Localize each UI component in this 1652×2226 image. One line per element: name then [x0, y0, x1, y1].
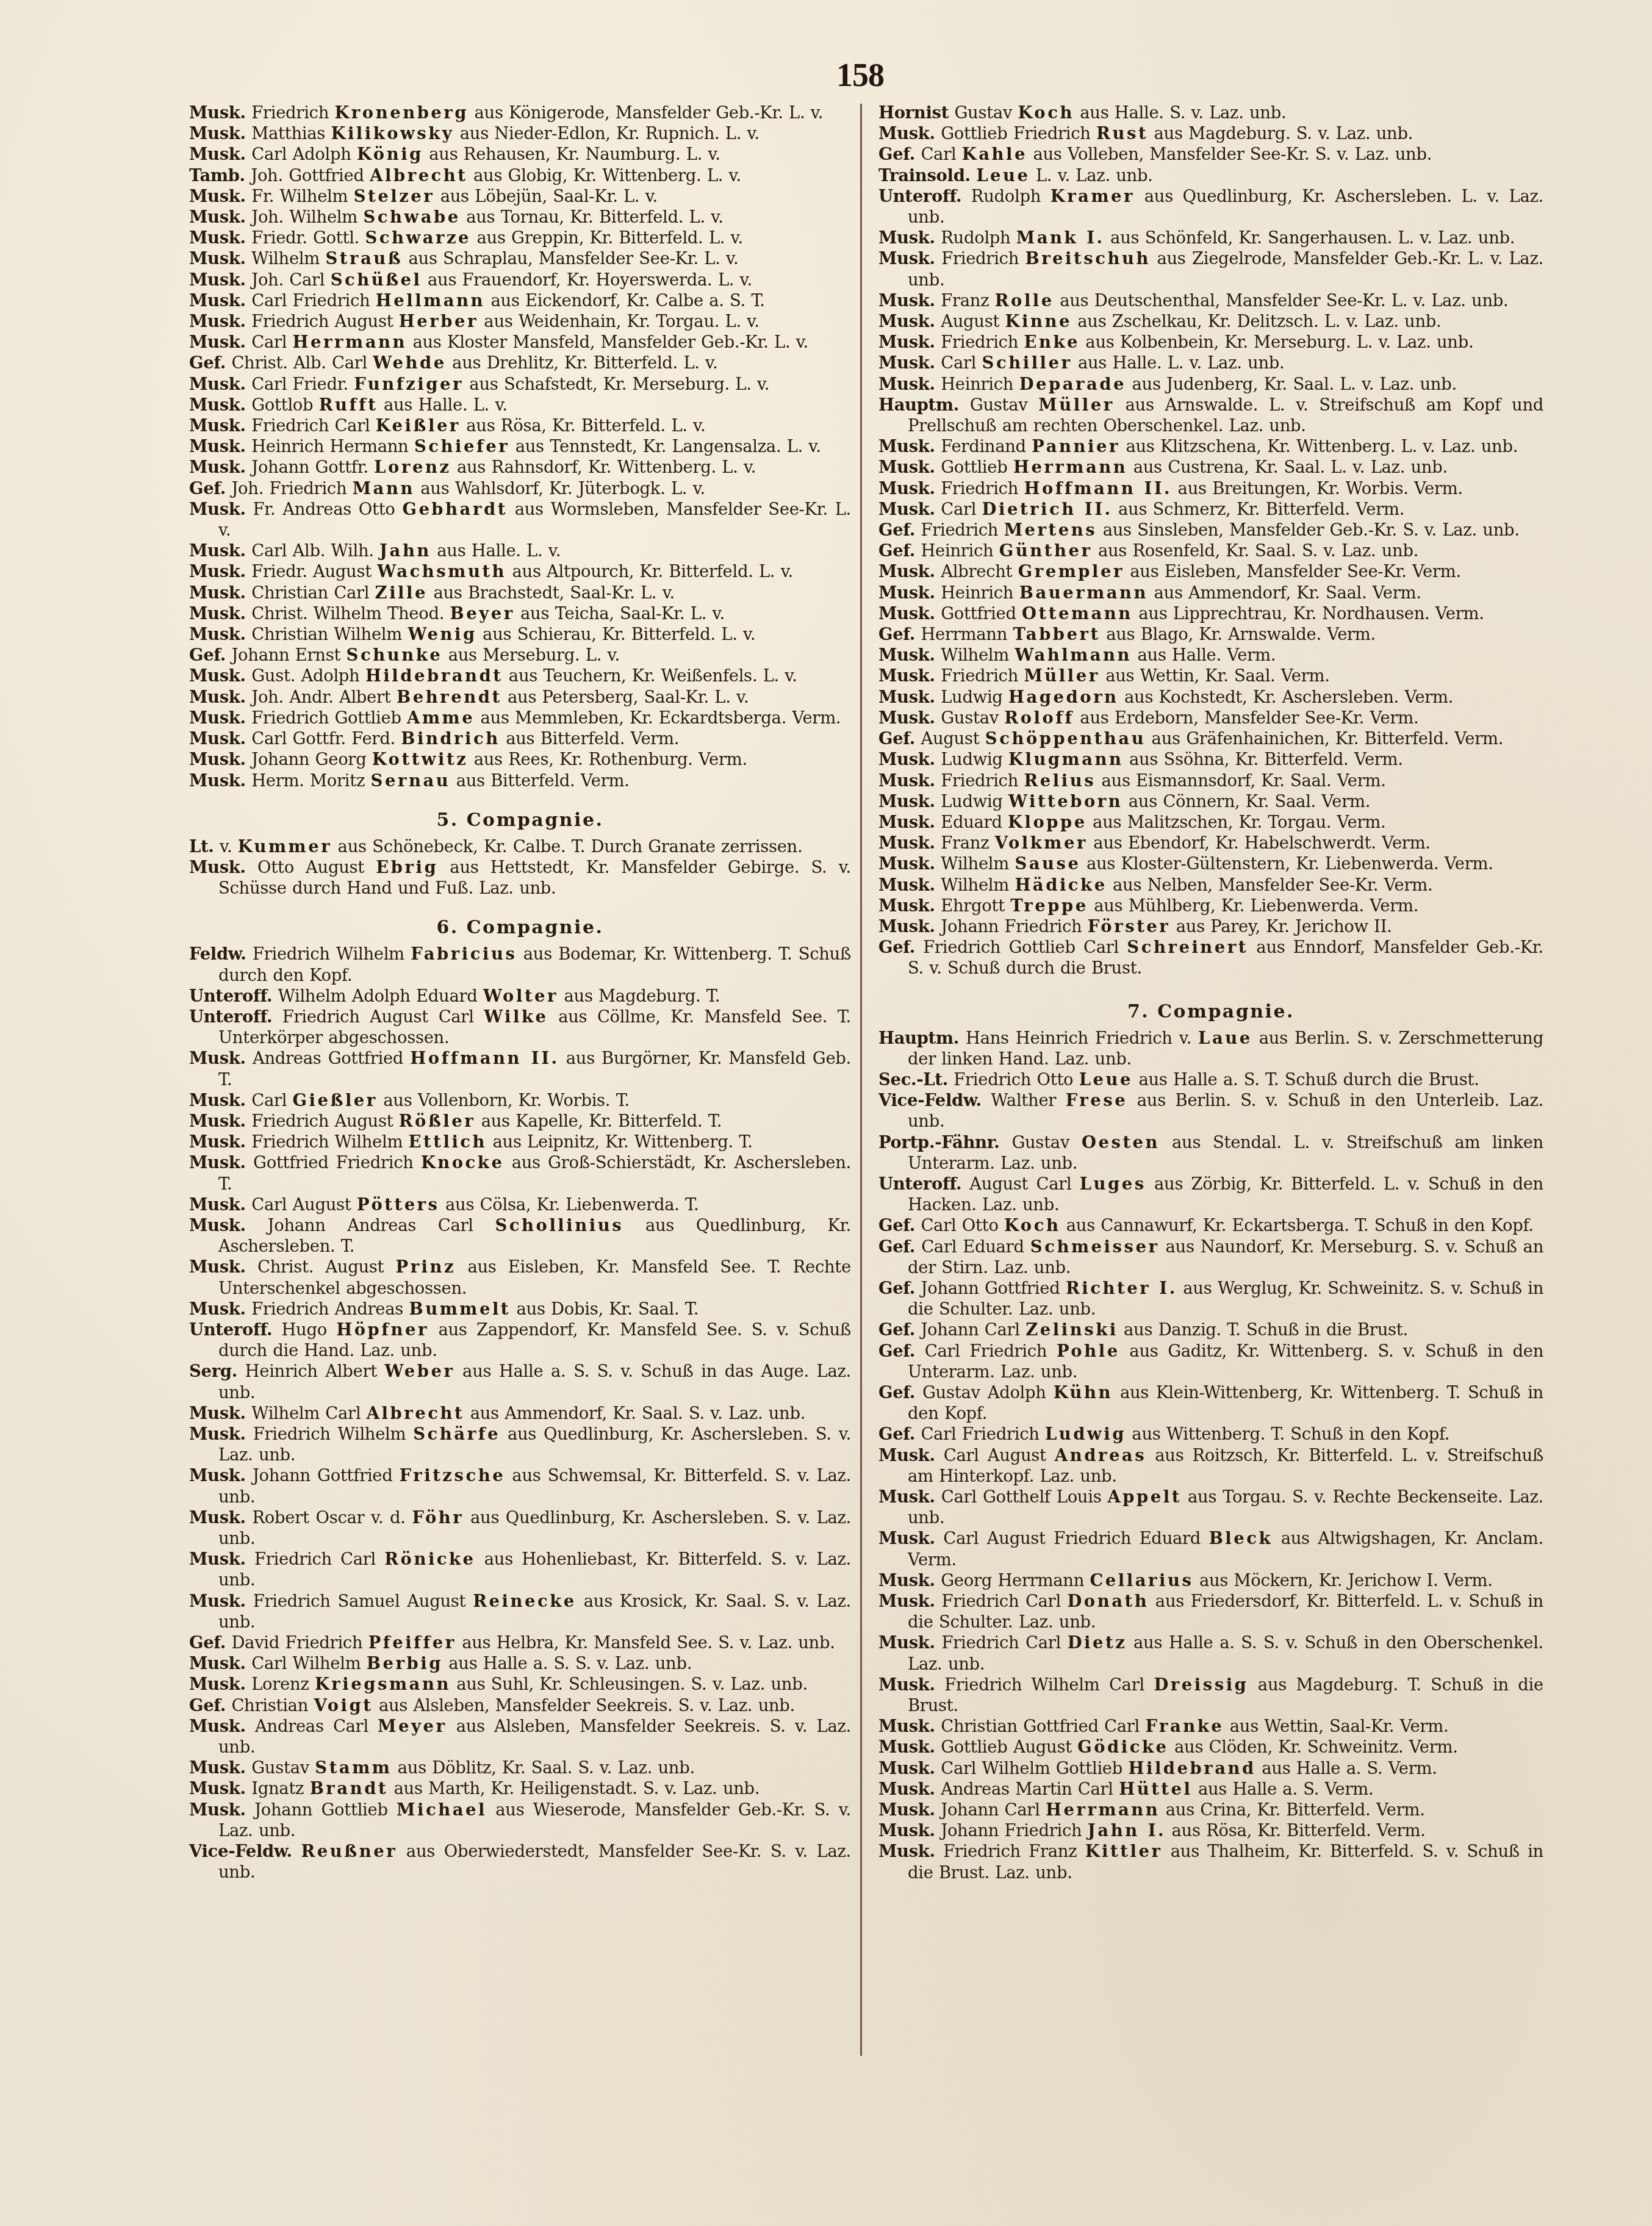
casualty-entry: Musk. Friedrich Breitschuh aus Ziegelrod…	[878, 248, 1543, 290]
entry-surname: Schwabe	[363, 207, 460, 227]
casualty-entry: Musk. Joh. Wilhelm Schwabe aus Tornau, K…	[189, 207, 851, 228]
casualty-entry: Lt. v. Kummer aus Schönebeck, Kr. Calbe.…	[189, 836, 851, 857]
entry-given-name: Rudolph	[971, 187, 1041, 206]
entry-details: aus Judenberg, Kr. Saal. L. v. Laz. unb.	[1132, 375, 1456, 394]
casualty-entry: Musk. Carl Friedr. Funfziger aus Schafst…	[189, 374, 851, 395]
entry-surname: Rufft	[319, 395, 378, 415]
entry-surname: Hellmann	[376, 291, 485, 311]
entry-surname: Hagedorn	[1008, 688, 1119, 707]
entry-details: aus Blago, Kr. Arnswalde. Verm.	[1106, 625, 1376, 644]
entry-surname: Herrmann	[1013, 458, 1127, 477]
entry-rank: Musk.	[189, 416, 246, 436]
entry-surname: Hoffmann II.	[410, 1049, 559, 1068]
entry-given-name: Gottfried Friedrich	[253, 1153, 414, 1172]
entry-given-name: Christ. Wilhelm Theod.	[251, 604, 444, 623]
casualty-entry: Musk. Wilhelm Carl Albrecht aus Ammendor…	[189, 1403, 851, 1424]
casualty-entry: Musk. Carl Gießler aus Vollenborn, Kr. W…	[189, 1090, 851, 1111]
entry-surname: Schwarze	[365, 228, 471, 248]
entry-rank: Musk.	[189, 1299, 246, 1319]
entry-given-name: Ferdinand	[941, 437, 1026, 456]
entry-details: aus Eisleben, Mansfelder See-Kr. Verm.	[1130, 562, 1461, 581]
entry-rank: Hornist	[878, 103, 949, 123]
casualty-entry: Vice-Feldw. Walther Frese aus Berlin. S.…	[878, 1090, 1543, 1132]
entry-given-name: Friedrich	[941, 479, 1018, 498]
entry-details: aus Globig, Kr. Wittenberg. L. v.	[473, 166, 741, 185]
casualty-entry: Musk. Herm. Moritz Sernau aus Bitterfeld…	[189, 770, 851, 791]
entry-given-name: Gustav	[970, 395, 1028, 415]
entry-surname: Stamm	[315, 1758, 392, 1778]
entry-details: aus Gräfenhainichen, Kr. Bitterfeld. Ver…	[1152, 729, 1504, 749]
entry-rank: Sec.-Lt.	[878, 1070, 948, 1090]
entry-rank: Musk.	[189, 1508, 246, 1528]
entry-details: aus Halle a. S. Verm.	[1262, 1759, 1437, 1778]
left-column: Musk. Friedrich Kronenberg aus Königerod…	[189, 102, 851, 1883]
entry-given-name: Joh. Carl	[251, 270, 325, 290]
entry-details: aus Schönebeck, Kr. Calbe. T. Durch Gran…	[338, 837, 803, 856]
entry-given-name: Herrmann	[921, 625, 1007, 644]
entry-surname: Kronenberg	[334, 103, 469, 123]
entry-given-name: Fr. Andreas Otto	[253, 500, 395, 519]
casualty-entry: Musk. Gottfried Friedrich Knocke aus Gro…	[189, 1152, 851, 1194]
entry-given-name: Ehrgott	[941, 896, 1005, 916]
casualty-entry: Musk. Carl Herrmann aus Kloster Mansfeld…	[189, 332, 851, 353]
entry-rank: Musk.	[189, 771, 246, 791]
casualty-entry: Gef. Heinrich Günther aus Rosenfeld, Kr.…	[878, 540, 1543, 561]
entry-given-name: Johann Gottlieb	[254, 1800, 388, 1820]
entry-rank: Musk.	[189, 666, 246, 686]
casualty-entry: Musk. Gust. Adolph Hildebrandt aus Teuch…	[189, 666, 851, 686]
entry-given-name: Friedrich	[941, 771, 1018, 791]
entry-given-name: Friedrich Wilhelm	[251, 1132, 403, 1152]
casualty-entry: Gef. Friedrich Gottlieb Carl Schreinert …	[878, 937, 1543, 978]
entry-surname: Ottemann	[1022, 604, 1133, 623]
entry-rank: Musk.	[878, 1842, 935, 1861]
entry-surname: Herber	[399, 312, 478, 331]
entry-surname: Wachsmuth	[377, 562, 506, 581]
entry-given-name: Joh. Wilhelm	[251, 207, 357, 227]
entry-details: aus Ammendorf, Kr. Saal. Verm.	[1154, 583, 1421, 603]
entry-given-name: Wilhelm	[251, 249, 320, 268]
casualty-entry: Musk. Ludwig Witteborn aus Cönnern, Kr. …	[878, 791, 1543, 812]
entry-rank: Musk.	[189, 708, 246, 728]
casualty-entry: Musk. Johann Georg Kottwitz aus Rees, Kr…	[189, 749, 851, 770]
entry-given-name: Friedrich Carl	[251, 416, 370, 436]
entry-given-name: Carl Friedrich	[921, 1424, 1039, 1444]
entry-surname: Zelinski	[1025, 1320, 1118, 1340]
casualty-entry: Musk. Albrecht Grempler aus Eisleben, Ma…	[878, 561, 1543, 582]
entry-given-name: Hans Heinrich Friedrich v.	[966, 1029, 1191, 1048]
entry-rank: Musk.	[878, 792, 935, 811]
casualty-entry: Musk. Andreas Gottfried Hoffmann II. aus…	[189, 1048, 851, 1090]
entry-given-name: Christ. August	[257, 1257, 384, 1277]
casualty-entry: Gef. Johann Gottfried Richter I. aus Wer…	[878, 1278, 1543, 1319]
entry-surname: Beyer	[450, 604, 514, 623]
entry-given-name: Johann Gottfried	[253, 1466, 393, 1485]
casualty-entry: Musk. Friedrich Wilhelm Ettlich aus Leip…	[189, 1132, 851, 1152]
entry-rank: Gef.	[878, 938, 915, 957]
entry-details: aus Clöden, Kr. Schweinitz. Verm.	[1174, 1737, 1458, 1757]
casualty-entry: Musk. Carl Friedrich Hellmann aus Eicken…	[189, 290, 851, 311]
casualty-entry: Musk. Heinrich Hermann Schiefer aus Tenn…	[189, 436, 851, 457]
entry-given-name: Gustav	[941, 708, 999, 728]
entry-surname: Kühn	[1054, 1383, 1113, 1402]
entry-details: aus Nieder-Edlon, Kr. Rupnich. L. v.	[460, 124, 760, 143]
entry-surname: Knocke	[421, 1153, 505, 1172]
entry-given-name: Friedrich August Carl	[282, 1007, 474, 1027]
casualty-entry: Gef. David Friedrich Pfeiffer aus Helbra…	[189, 1632, 851, 1653]
entry-given-name: Heinrich	[941, 375, 1013, 394]
entry-rank: Hauptm.	[878, 395, 959, 415]
entry-surname: Zille	[375, 583, 428, 603]
entry-details: aus Ssöhna, Kr. Bitterfeld. Verm.	[1129, 750, 1403, 769]
entry-surname: Witteborn	[1008, 792, 1122, 811]
entry-given-name: Friedrich	[941, 332, 1018, 352]
entry-surname: Rust	[1096, 124, 1148, 143]
casualty-entry: Hauptm. Hans Heinrich Friedrich v. Laue …	[878, 1028, 1543, 1069]
entry-given-name: Friedrich	[251, 103, 329, 123]
casualty-entry: Musk. Friedrich Gottlieb Amme aus Memmle…	[189, 708, 851, 728]
entry-given-name: Franz	[941, 833, 989, 853]
entry-given-name: Friedrich	[921, 520, 998, 540]
casualty-entry: Gef. Carl Friedrich Ludwig aus Wittenber…	[878, 1424, 1543, 1445]
entry-given-name: Carl Friedr.	[251, 375, 348, 394]
entry-surname: Ettlich	[409, 1132, 487, 1152]
entry-details: aus Schmerz, Kr. Bitterfeld. Verm.	[1118, 500, 1404, 519]
entry-rank: Gef.	[878, 1424, 915, 1444]
entry-surname: Mann	[353, 479, 415, 498]
casualty-entry: Musk. Johann Carl Herrmann aus Crina, Kr…	[878, 1800, 1543, 1820]
entry-surname: Amme	[407, 708, 475, 728]
entry-surname: Schüßel	[331, 270, 422, 290]
entry-given-name: Friedrich Wilhelm	[253, 944, 404, 964]
entry-surname: Grempler	[1018, 562, 1124, 581]
entry-surname: Tabbert	[1013, 625, 1100, 644]
entry-details: aus Parey, Kr. Jerichow II.	[1176, 917, 1392, 936]
entry-rank: Musk.	[189, 1404, 246, 1423]
casualty-entry: Musk. Carl Gottfr. Ferd. Bindrich aus Bi…	[189, 728, 851, 749]
casualty-entry: Musk. Carl Adolph König aus Rehausen, Kr…	[189, 144, 851, 165]
entry-surname: Günther	[999, 541, 1093, 561]
entry-details: aus Kloster-Gültenstern, Kr. Liebenwerda…	[1086, 854, 1493, 874]
entry-surname: Dietrich II.	[982, 500, 1113, 519]
entry-surname: Sernau	[371, 771, 451, 791]
casualty-entry: Gef. Carl Kahle aus Volleben, Mansfelder…	[878, 144, 1543, 165]
casualty-entry: Serg. Heinrich Albert Weber aus Halle a.…	[189, 1361, 851, 1402]
casualty-entry: Musk. Johann Friedrich Jahn I. aus Rösa,…	[878, 1820, 1543, 1841]
entry-details: aus Königerode, Mansfelder Geb.-Kr. L. v…	[475, 103, 824, 123]
entry-surname: Müller	[1038, 395, 1114, 415]
entry-surname: Föhr	[412, 1508, 464, 1528]
entry-rank: Musk.	[878, 750, 935, 769]
entry-surname: Reußner	[301, 1842, 397, 1861]
entry-given-name: Gottfried	[941, 604, 1016, 623]
entry-given-name: Heinrich	[921, 541, 993, 561]
entry-rank: Musk.	[189, 228, 246, 248]
entry-surname: Franke	[1145, 1717, 1224, 1736]
entry-given-name: Friedrich August	[251, 1111, 393, 1131]
entry-surname: Höpfner	[336, 1320, 429, 1340]
entry-surname: Wilke	[484, 1007, 548, 1027]
entry-surname: Klugmann	[1008, 750, 1123, 769]
entry-rank: Musk.	[189, 145, 246, 164]
entry-details: aus Schafstedt, Kr. Merseburg. L. v.	[469, 375, 769, 394]
entry-surname: Schreinert	[1127, 938, 1248, 957]
entry-rank: Serg.	[189, 1362, 237, 1381]
entry-details: aus Malitzschen, Kr. Torgau. Verm.	[1093, 813, 1385, 832]
entry-surname: Bindrich	[401, 729, 500, 749]
casualty-entry: Musk. Friedrich August Rößler aus Kapell…	[189, 1111, 851, 1132]
entry-given-name: Georg Herrmann	[941, 1571, 1084, 1590]
entry-given-name: Johann Andreas Carl	[268, 1216, 473, 1235]
entry-details: aus Wittenberg. T. Schuß in den Kopf.	[1132, 1424, 1449, 1444]
entry-given-name: Friedrich Wilhelm	[253, 1424, 406, 1444]
entry-rank: Musk.	[878, 604, 935, 623]
casualty-entry: Feldw. Friedrich Wilhelm Fabricius aus B…	[189, 944, 851, 985]
entry-rank: Musk.	[189, 332, 246, 352]
entry-given-name: Fr. Wilhelm	[251, 187, 348, 206]
casualty-entry: Gef. Friedrich Mertens aus Sinsleben, Ma…	[878, 520, 1543, 540]
entry-given-name: Friedrich Gottlieb Carl	[923, 938, 1119, 957]
entry-given-name: Wilhelm	[941, 875, 1009, 895]
entry-surname: Rolle	[995, 291, 1054, 311]
section-5-entries: Lt. v. Kummer aus Schönebeck, Kr. Calbe.…	[189, 836, 851, 899]
entry-given-name: Lorenz	[251, 1675, 309, 1694]
entry-surname: König	[357, 145, 423, 164]
entry-surname: Volkmer	[995, 833, 1088, 853]
casualty-entry: Musk. Carl August Andreas aus Roitzsch, …	[878, 1445, 1543, 1487]
entry-surname: Stelzer	[354, 187, 435, 206]
entry-surname: Berbig	[367, 1654, 443, 1673]
entry-rank: Musk.	[189, 1592, 246, 1611]
entry-given-name: Carl August Friedrich Eduard	[943, 1529, 1201, 1548]
entry-rank: Musk.	[878, 500, 935, 519]
entry-given-name: Walther	[991, 1091, 1056, 1110]
entry-details: aus Halle. L. v.	[437, 541, 561, 561]
casualty-entry: Musk. Andreas Carl Meyer aus Alsleben, M…	[189, 1716, 851, 1757]
entry-rank: Musk.	[189, 1758, 246, 1778]
entry-surname: Leue	[1079, 1070, 1133, 1090]
entry-surname: Herrmann	[293, 332, 407, 352]
entry-surname: Wahlmann	[1015, 645, 1132, 665]
entry-given-name: Carl Alb. Wilh.	[251, 541, 373, 561]
entry-surname: Kramer	[1050, 187, 1135, 206]
entry-rank: Musk.	[189, 500, 246, 519]
casualty-entry: Musk. Friedrich Enke aus Kolbenbein, Kr.…	[878, 332, 1543, 353]
entry-given-name: Friedrich Carl	[941, 1592, 1060, 1611]
entry-details: aus Halle. L. v.	[384, 395, 508, 415]
entry-surname: Leue	[976, 166, 1030, 185]
entry-given-name: Carl Gotthelf Louis	[941, 1487, 1102, 1507]
entry-surname: Kahle	[962, 145, 1027, 164]
entry-rank: Musk.	[189, 103, 246, 123]
entry-rank: Gef.	[878, 1383, 915, 1402]
entry-rank: Trainsold.	[878, 166, 971, 185]
entry-rank: Musk.	[878, 228, 935, 248]
entry-given-name: Gottlieb August	[941, 1737, 1072, 1757]
casualty-entry: Vice-Feldw. Reußner aus Oberwiederstedt,…	[189, 1841, 851, 1883]
casualty-entry: Musk. Friedrich Kronenberg aus Königerod…	[189, 102, 851, 123]
entry-surname: Keißler	[376, 416, 461, 436]
entry-surname: Luges	[1080, 1174, 1146, 1194]
entry-rank: Musk.	[878, 291, 935, 311]
entry-rank: Lt.	[189, 837, 214, 856]
entry-details: aus Breitungen, Kr. Worbis. Verm.	[1178, 479, 1463, 498]
entry-details: aus Alsleben, Mansfelder Seekreis. S. v.…	[379, 1696, 795, 1715]
casualty-entry: Musk. Georg Herrmann Cellarius aus Möcke…	[878, 1570, 1543, 1591]
entry-given-name: Carl Adolph	[251, 145, 351, 164]
entry-rank: Musk.	[189, 249, 246, 268]
entry-given-name: Friedrich	[941, 666, 1018, 686]
entry-given-name: Wilhelm Adolph Eduard	[278, 986, 478, 1006]
casualty-entry: Musk. Ludwig Klugmann aus Ssöhna, Kr. Bi…	[878, 749, 1543, 770]
entry-surname: Appelt	[1107, 1487, 1181, 1507]
entry-given-name: Johann Friedrich	[941, 917, 1082, 936]
entry-rank: Musk.	[189, 1717, 246, 1736]
entry-given-name: Johann Ernst	[231, 645, 340, 665]
entry-surname: Kinne	[1005, 312, 1072, 331]
entry-details: aus Crina, Kr. Bitterfeld. Verm.	[1166, 1800, 1425, 1820]
entry-rank: Musk.	[189, 1111, 246, 1131]
entry-rank: Musk.	[189, 625, 246, 644]
casualty-entry: Musk. Wilhelm Sause aus Kloster-Gültenst…	[878, 853, 1543, 874]
entry-rank: Musk.	[878, 124, 935, 143]
entry-rank: Musk.	[189, 1424, 246, 1444]
entry-rank: Musk.	[878, 917, 935, 936]
entry-details: aus Weidenhain, Kr. Torgau. L. v.	[484, 312, 759, 331]
entry-surname: Deparade	[1019, 375, 1126, 394]
entry-details: aus Stendal. L. v. Streifschuß am linken…	[908, 1133, 1543, 1173]
entry-surname: Pannier	[1032, 437, 1120, 456]
entry-given-name: Carl Gottfr. Ferd.	[251, 729, 395, 749]
entry-given-name: Ignatz	[251, 1779, 304, 1798]
entry-details: aus Cönnern, Kr. Saal. Verm.	[1129, 792, 1370, 811]
casualty-entry: Musk. Ehrgott Treppe aus Mühlberg, Kr. L…	[878, 896, 1543, 916]
entry-surname: Kilikowsky	[331, 124, 454, 143]
entry-rank: Musk.	[878, 1800, 935, 1820]
entry-details: aus Rösa, Kr. Bitterfeld. L. v.	[466, 416, 705, 436]
entry-rank: Vice-Feldw.	[878, 1091, 982, 1110]
entry-details: aus Bitterfeld. Verm.	[506, 729, 679, 749]
entry-surname: Lorenz	[374, 458, 451, 477]
casualty-entry: Musk. Rudolph Mank I. aus Schönfeld, Kr.…	[878, 228, 1543, 248]
entry-surname: Voigt	[314, 1696, 373, 1715]
entry-rank: Musk.	[878, 1592, 935, 1611]
entry-surname: Gebhardt	[402, 500, 507, 519]
entry-rank: Gef.	[189, 1633, 226, 1653]
entry-given-name: Carl Wilhelm Gottlieb	[941, 1759, 1122, 1778]
casualty-entry: Gef. Gustav Adolph Kühn aus Klein-Witten…	[878, 1382, 1543, 1424]
entry-surname: Oesten	[1082, 1133, 1160, 1152]
entry-given-name: Heinrich Hermann	[251, 437, 408, 456]
entry-rank: Gef.	[878, 1341, 915, 1361]
entry-surname: Kottwitz	[372, 750, 468, 769]
entry-given-name: Robert Oscar v. d.	[253, 1508, 406, 1528]
casualty-entry: Musk. Matthias Kilikowsky aus Nieder-Edl…	[189, 123, 851, 144]
entry-details: aus Eismannsdorf, Kr. Saal. Verm.	[1102, 771, 1386, 791]
entry-rank: Musk.	[189, 437, 246, 456]
entry-details: aus Zschelkau, Kr. Delitzsch. L. v. Laz.…	[1077, 312, 1441, 331]
casualty-entry: Musk. Carl Wilhelm Berbig aus Halle a. S…	[189, 1653, 851, 1674]
entry-rank: Musk.	[878, 1779, 935, 1799]
casualty-entry: Gef. August Schöppenthau aus Gräfenhaini…	[878, 728, 1543, 749]
entry-details: aus Döblitz, Kr. Saal. S. v. Laz. unb.	[398, 1758, 695, 1778]
entry-surname: Rönicke	[384, 1549, 475, 1569]
entry-given-name: Friedrich Franz	[943, 1842, 1077, 1861]
entry-details: aus Rosenfeld, Kr. Saal. S. v. Laz. unb.	[1098, 541, 1418, 561]
entry-rank: Musk.	[189, 688, 246, 707]
entry-rank: Gef.	[189, 353, 226, 373]
entry-surname: Sause	[1015, 854, 1080, 874]
casualty-entry: Gef. Carl Friedrich Pohle aus Gaditz, Kr…	[878, 1341, 1543, 1382]
entry-given-name: Heinrich Albert	[245, 1362, 377, 1381]
entry-given-name: Andreas Carl	[255, 1717, 368, 1736]
entry-given-name: August Carl	[969, 1174, 1071, 1194]
entry-rank: Gef.	[878, 1320, 915, 1340]
entry-given-name: Johann Carl	[921, 1320, 1019, 1340]
entry-rank: Gef.	[878, 729, 915, 749]
entry-given-name: August	[921, 729, 979, 749]
casualty-entry: Musk. Carl Dietrich II. aus Schmerz, Kr.…	[878, 499, 1543, 520]
casualty-entry: Musk. Friedrich Samuel August Reinecke a…	[189, 1591, 851, 1632]
entry-surname: Weber	[385, 1362, 455, 1381]
entry-given-name: Carl	[921, 145, 956, 164]
entry-surname: Kummer	[238, 837, 332, 856]
entry-details: aus Schraplau, Mansfelder See-Kr. L. v.	[409, 249, 739, 268]
entry-surname: Wolter	[483, 986, 558, 1006]
entry-surname: Treppe	[1010, 896, 1088, 916]
entry-details: aus Petersberg, Saal-Kr. L. v.	[508, 688, 749, 707]
entry-given-name: Friedrich Otto	[953, 1070, 1073, 1090]
entry-rank: Musk.	[878, 645, 935, 665]
entry-surname: Richter I.	[1066, 1279, 1177, 1298]
casualty-entry: Musk. Friedrich August Herber aus Weiden…	[189, 311, 851, 332]
casualty-entry: Musk. Lorenz Kriegsmann aus Suhl, Kr. Sc…	[189, 1674, 851, 1695]
entry-surname: Dietz	[1068, 1633, 1127, 1653]
entry-details: aus Danzig. T. Schuß in die Brust.	[1124, 1320, 1408, 1340]
entry-details: aus Mühlberg, Kr. Liebenwerda. Verm.	[1094, 896, 1418, 916]
casualty-entry: Musk. Carl Gotthelf Louis Appelt aus Tor…	[878, 1487, 1543, 1528]
entry-rank: Musk.	[189, 1257, 246, 1277]
entry-surname: Strauß	[325, 249, 403, 268]
entry-given-name: Wilhelm	[941, 854, 1009, 874]
casualty-entry: Musk. Carl August Pötters aus Cölsa, Kr.…	[189, 1194, 851, 1215]
entry-given-name: Friedrich Andreas	[251, 1299, 403, 1319]
entry-given-name: Carl August	[251, 1195, 351, 1215]
entry-surname: Schiefer	[414, 437, 509, 456]
entry-rank: Musk.	[878, 312, 935, 331]
entry-rank: Gef.	[878, 520, 915, 540]
right-top-entries: Hornist Gustav Koch aus Halle. S. v. Laz…	[878, 102, 1543, 979]
entry-surname: Pötters	[357, 1195, 440, 1215]
entry-surname: Schärfe	[413, 1424, 500, 1444]
entry-given-name: Andreas Gottfried	[253, 1049, 403, 1068]
entry-given-name: Carl Friedrich	[925, 1341, 1047, 1361]
casualty-entry: Musk. Johann Gottlieb Michael aus Wieser…	[189, 1800, 851, 1841]
casualty-entry: Musk. Johann Friedrich Förster aus Parey…	[878, 916, 1543, 937]
entry-given-name: Rudolph	[941, 228, 1010, 248]
entry-surname: Breitschuh	[1025, 249, 1151, 268]
casualty-entry: Musk. Friedrich Carl Rönicke aus Hohenli…	[189, 1549, 851, 1590]
entry-surname: Herrmann	[1046, 1800, 1160, 1820]
entry-rank: Musk.	[189, 375, 246, 394]
casualty-entry: Musk. Wilhelm Strauß aus Schraplau, Mans…	[189, 248, 851, 269]
entry-rank: Musk.	[878, 833, 935, 853]
casualty-entry: Musk. Johann Andreas Carl Schollinius au…	[189, 1215, 851, 1257]
entry-surname: Förster	[1088, 917, 1171, 936]
entry-given-name: Wilhelm Carl	[251, 1404, 361, 1423]
entry-rank: Portp.-Fähnr.	[878, 1133, 1000, 1152]
entry-rank: Musk.	[189, 1049, 246, 1068]
